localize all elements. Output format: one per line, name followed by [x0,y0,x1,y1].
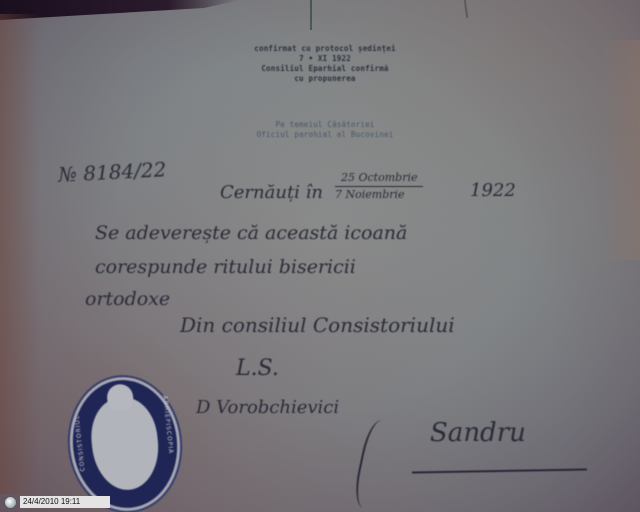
paper-edge [0,14,40,494]
date-fraction: 25 Octombrie 7 Noiembrie [335,170,423,203]
signature-left: D Vorobchievici [196,397,339,418]
stamp-line: 7 • XI 1922 [240,54,410,64]
seal-text: CONSISTORIUL [74,414,87,471]
date-old-style: 25 Octombrie [335,170,423,187]
reference-number: № 8184/22 [57,157,166,187]
council-line: Din consiliul Consistoriului [180,313,455,337]
webcam-timestamp: 24/4/2010 19:11 [4,496,110,508]
stamp-line: confirmat cu protocol ședinței [240,44,410,54]
fold-line [464,0,468,18]
body-line: corespunde ritului bisericii [95,256,356,278]
locus-sigilli: L.S. [236,356,279,381]
stamp-line: Oficiul parohial al Bucovinei [240,130,410,140]
body-line: ortodoxe [85,288,170,310]
seal-text: ARHIEPISCOPIA [161,395,174,454]
stamp-line: cu propunerea [240,74,410,84]
signature-flourish [351,418,401,512]
date-new-style: 7 Noiembrie [335,187,423,203]
stamp-line: Consiliul Eparhial confirmă [240,64,410,74]
date-prefix: Cernăuți în [220,182,323,203]
document-photo: confirmat cu protocol ședinței 7 • XI 19… [0,0,640,512]
seal-emblem-icon [87,395,162,493]
signature-right: Sandru [430,418,526,448]
official-seal: ARHIEPISCOPIA CONSISTORIUL [63,372,186,512]
body-line: Se adeverește că această icoană [95,222,407,244]
webcam-icon [4,496,17,509]
fold-line [310,0,312,30]
date-year: 1922 [470,180,516,201]
typed-stamp-bottom: Pe temeiul Căsătoriei Oficiul parohial a… [240,120,410,140]
stamp-line: Pe temeiul Căsătoriei [240,120,410,130]
timestamp-label: 24/4/2010 19:11 [20,496,110,508]
paper-stain [600,40,640,260]
typed-stamp-top: confirmat cu protocol ședinței 7 • XI 19… [240,44,410,84]
signature-underline [412,468,587,473]
